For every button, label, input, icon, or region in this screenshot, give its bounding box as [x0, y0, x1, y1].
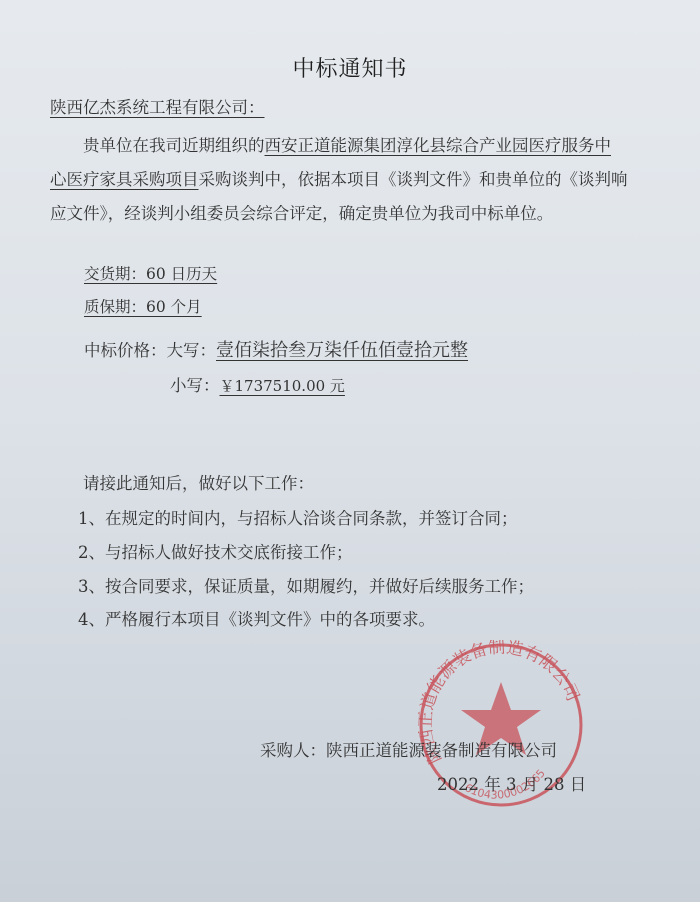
purchaser: 采购人：陕西正道能源装备制造有限公司	[260, 737, 557, 761]
project-name-part-1: 西安正道能源集团淳化县综合产业园医疗服务中	[265, 136, 612, 155]
price-row-lower: 小写：￥1737510.00 元	[170, 372, 345, 396]
project-name-part-2: 心医疗家具采购项目	[50, 170, 199, 189]
price-lower-value: ￥1737510.00 元	[220, 377, 345, 395]
instruction-item-4: 4、严格履行本项目《谈判文件》中的各项要求。	[78, 606, 435, 630]
addressee: 陕西亿杰系统工程有限公司：	[50, 94, 265, 118]
body-line-2: 心医疗家具采购项目采购谈判中，依据本项目《谈判文件》和贵单位的《谈判响	[50, 166, 628, 190]
document-title: 中标通知书	[0, 52, 700, 83]
price-upper-value: 壹佰柒拾叁万柒仟伍佰壹拾元整	[216, 340, 468, 361]
price-row-upper: 中标价格：大写：壹佰柒拾叁万柒仟伍佰壹拾元整	[84, 336, 468, 362]
body-line-3: 应文件》，经谈判小组委员会综合评定，确定贵单位为我司中标单位。	[50, 200, 553, 224]
body-line-1-prefix: 贵单位在我司近期组织的	[83, 136, 265, 155]
body-line-2-suffix: 采购谈判中，依据本项目《谈判文件》和贵单位的《谈判响	[199, 170, 628, 189]
issue-date: 2022 年 3 月 28 日	[437, 771, 586, 795]
price-upper-label: 大写：	[167, 341, 217, 360]
instructions-intro: 请接此通知后，做好以下工作：	[83, 470, 314, 494]
body-line-1: 贵单位在我司近期组织的西安正道能源集团淳化县综合产业园医疗服务中	[83, 132, 611, 156]
warranty-period: 质保期：60 个月	[84, 295, 202, 317]
price-lower-label: 小写：	[170, 376, 220, 395]
instruction-item-3: 3、按合同要求，保证质量，如期履约，并做好后续服务工作；	[78, 573, 534, 597]
price-label: 中标价格：	[84, 341, 167, 360]
instruction-item-2: 2、与招标人做好技术交底衔接工作；	[78, 539, 353, 563]
delivery-period: 交货期：60 日历天	[84, 262, 217, 284]
instruction-item-1: 1、在规定的时间内，与招标人洽谈合同条款，并签订合同；	[78, 505, 518, 529]
